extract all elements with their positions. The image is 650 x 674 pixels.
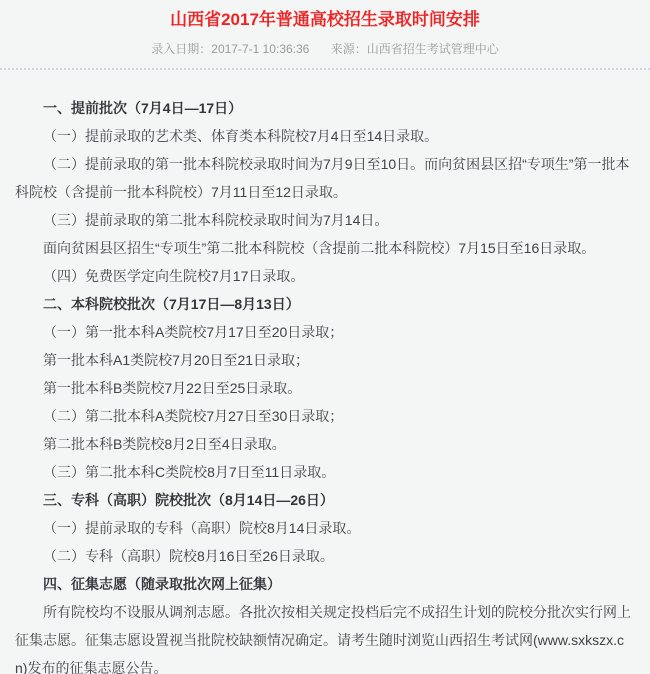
paragraph: （一）提前录取的专科（高职）院校8月14日录取。 — [15, 514, 632, 542]
article-header: 山西省2017年普通高校招生录取时间安排 录入日期：2017-7-1 10:36… — [0, 0, 650, 56]
paragraph: （二）专科（高职）院校8月16日至26日录取。 — [15, 542, 632, 570]
paragraph: （一）提前录取的艺术类、体育类本科院校7月4日至14日录取。 — [15, 122, 632, 150]
section-heading-1: 一、提前批次（7月4日—17日） — [15, 94, 632, 122]
meta-entry-date: 录入日期：2017-7-1 10:36:36 — [151, 42, 309, 56]
section-heading-4: 四、征集志愿（随录取批次网上征集） — [15, 570, 632, 598]
section-heading-2: 二、本科院校批次（7月17日—8月13日） — [15, 290, 632, 318]
article-page: 山西省2017年普通高校招生录取时间安排 录入日期：2017-7-1 10:36… — [0, 0, 650, 674]
article-body: 一、提前批次（7月4日—17日） （一）提前录取的艺术类、体育类本科院校7月4日… — [0, 70, 650, 674]
paragraph: 第一批本科A1类院校7月20日至21日录取； — [15, 346, 632, 374]
article-meta: 录入日期：2017-7-1 10:36:36 来源：山西省招生考试管理中心 — [0, 42, 650, 56]
paragraph: 所有院校均不设服从调剂志愿。各批次按相关规定投档后完不成招生计划的院校分批次实行… — [15, 598, 632, 674]
paragraph: （三）第二批本科C类院校8月7日至11日录取。 — [15, 458, 632, 486]
paragraph: 第二批本科B类院校8月2日至4日录取。 — [15, 430, 632, 458]
paragraph: 第一批本科B类院校7月22日至25日录取。 — [15, 374, 632, 402]
paragraph: 面向贫困县区招生“专项生”第二批本科院校（含提前二批本科院校）7月15日至16日… — [15, 234, 632, 262]
page-title: 山西省2017年普通高校招生录取时间安排 — [0, 9, 650, 31]
paragraph: （四）免费医学定向生院校7月17日录取。 — [15, 262, 632, 290]
paragraph: （二）第二批本科A类院校7月27日至30日录取； — [15, 402, 632, 430]
meta-source: 来源：山西省招生考试管理中心 — [331, 42, 499, 56]
paragraph: （一）第一批本科A类院校7月17日至20日录取； — [15, 318, 632, 346]
paragraph: （二）提前录取的第一批本科院校录取时间为7月9日至10日。而向贫困县区招“专项生… — [15, 150, 632, 206]
section-heading-3: 三、专科（高职）院校批次（8月14日—26日） — [15, 486, 632, 514]
paragraph: （三）提前录取的第二批本科院校录取时间为7月14日。 — [15, 206, 632, 234]
